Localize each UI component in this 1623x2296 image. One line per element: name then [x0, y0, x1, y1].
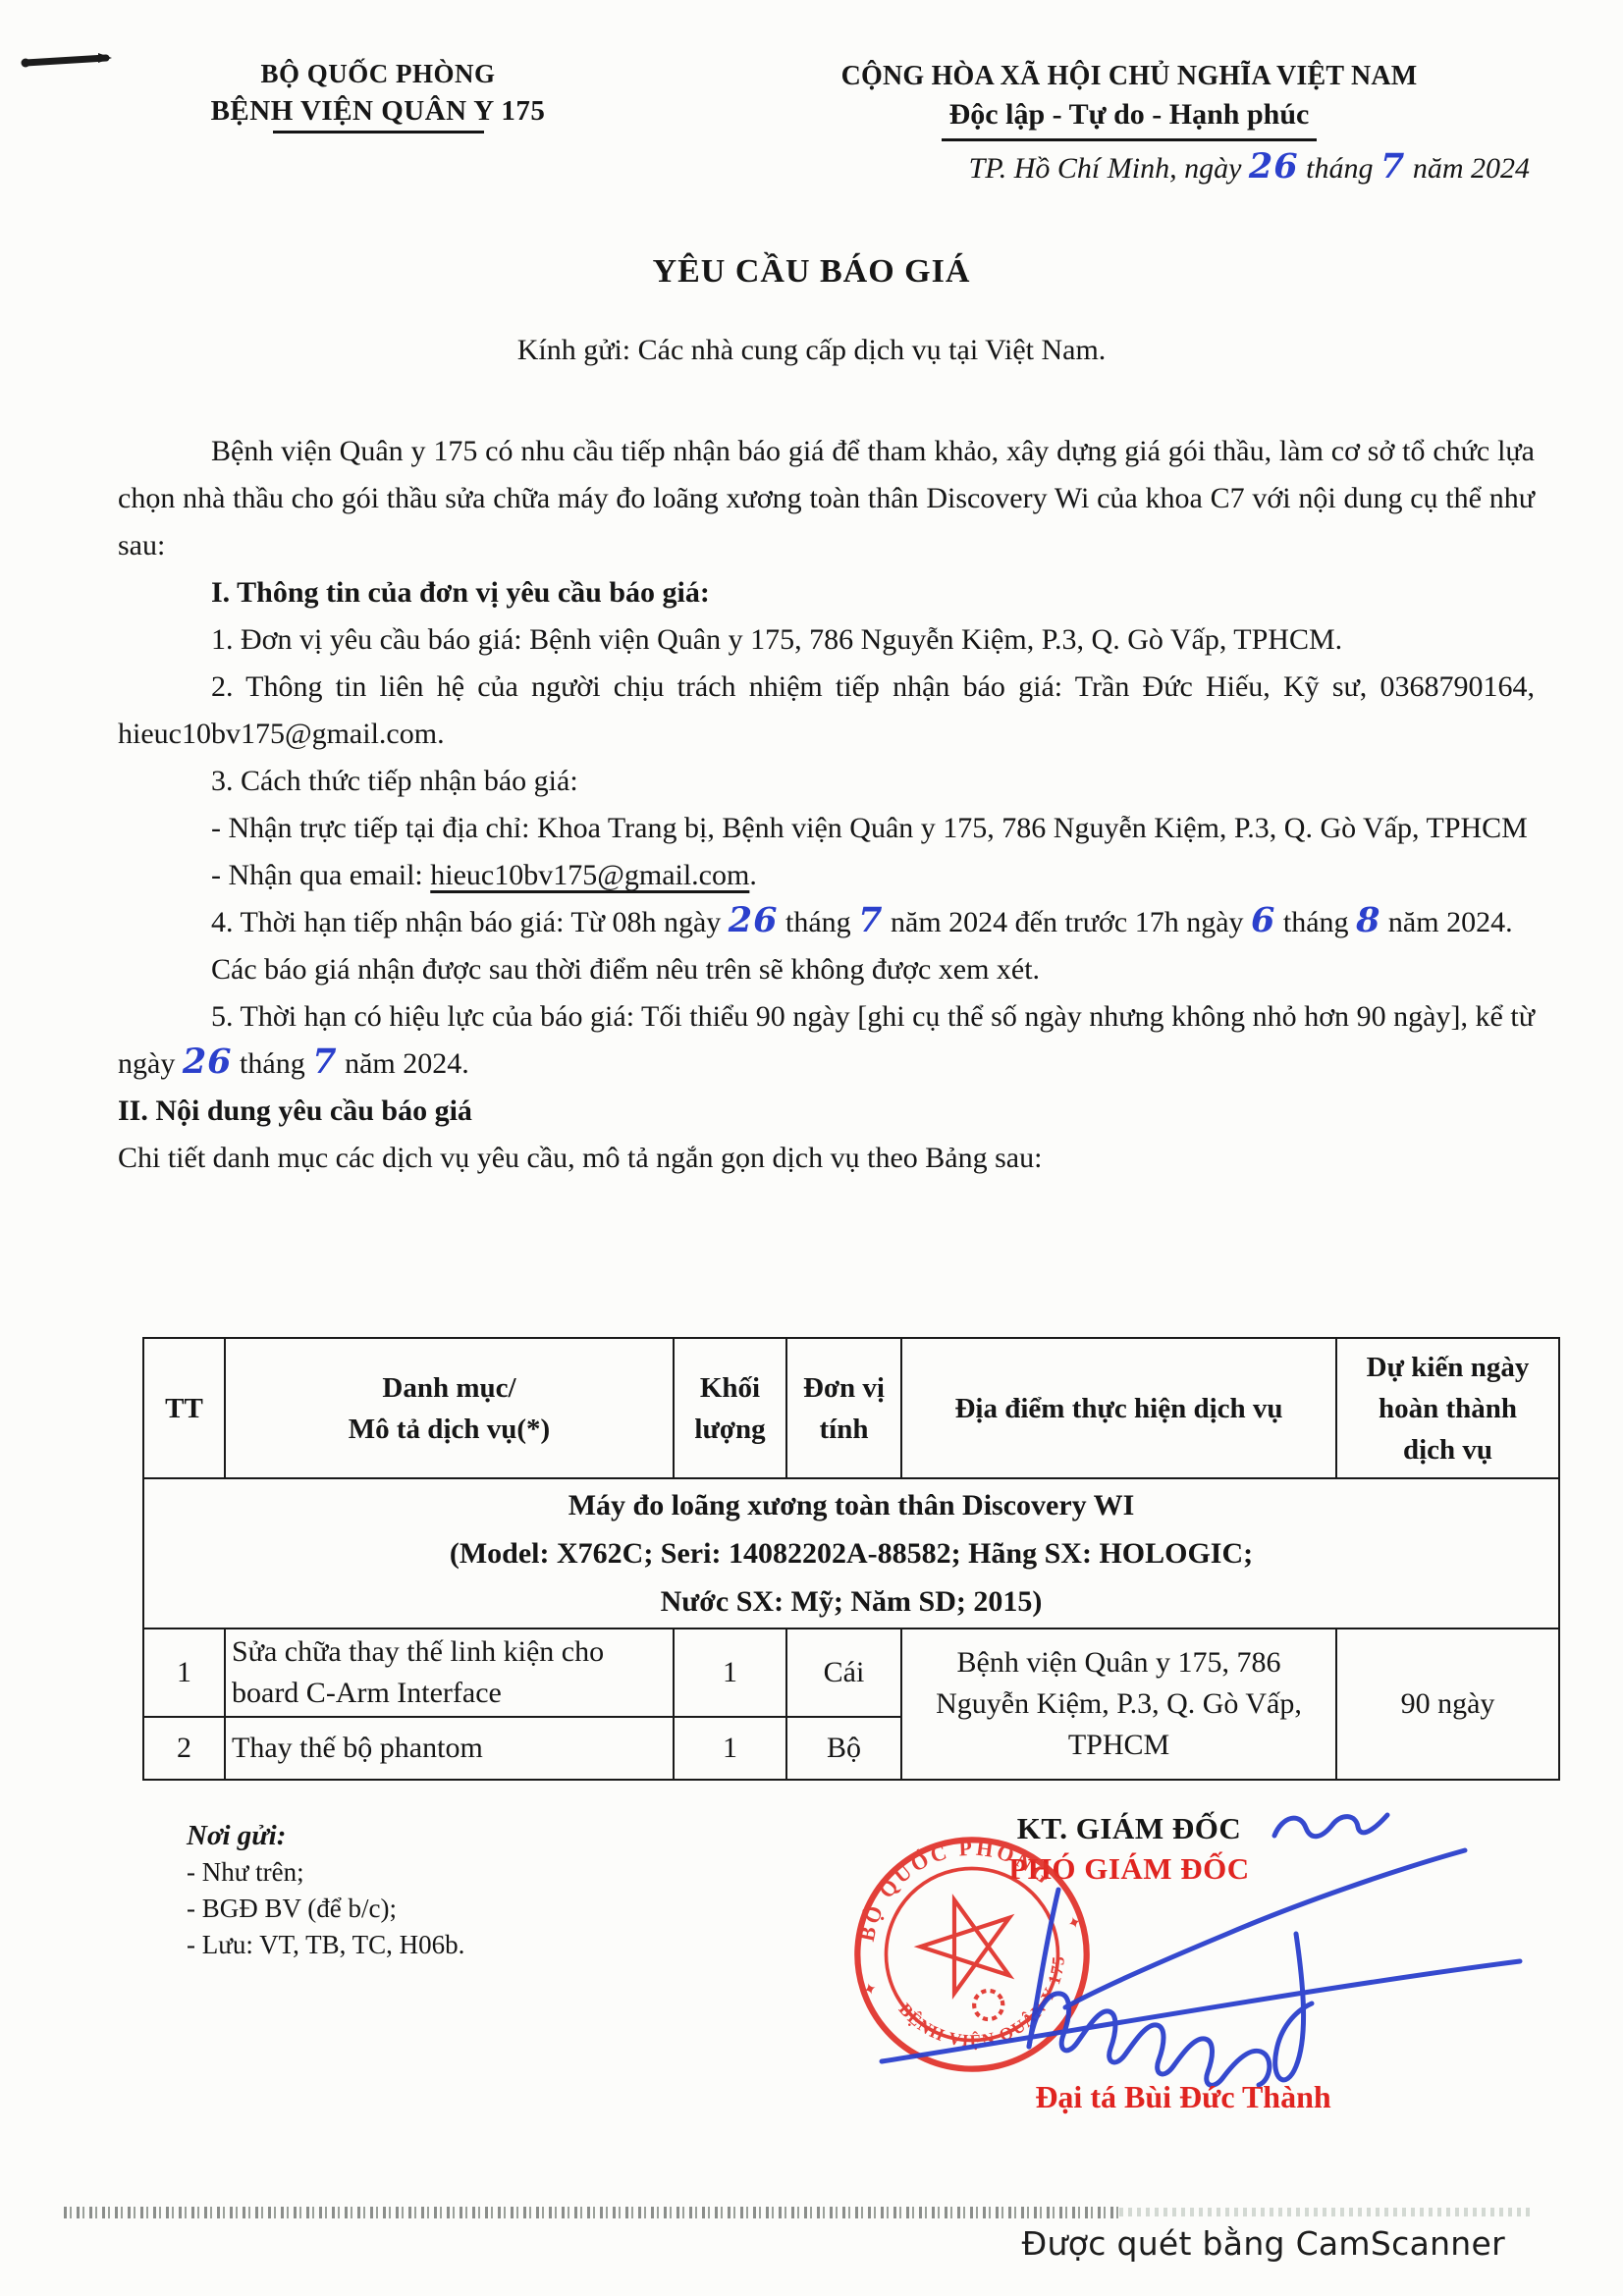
text-run: 1. Đơn vị yêu cầu báo giá: Bệnh viện Quâ… — [211, 623, 1342, 656]
paragraph: Các báo giá nhận được sau thời điểm nêu … — [118, 946, 1535, 993]
text-run: tháng — [233, 1047, 313, 1080]
handwritten-digit: 7 — [858, 900, 883, 940]
col-header-don-vi: Đơn vị tính — [786, 1338, 901, 1478]
text-run: 2. Thông tin liên hệ của người chịu trác… — [118, 670, 1535, 750]
col-header-tt: TT — [143, 1338, 225, 1478]
text-run: tháng — [778, 906, 858, 938]
paragraph: 4. Thời hạn tiếp nhận báo giá: Từ 08h ng… — [118, 899, 1535, 946]
header-issuer: BỘ QUỐC PHÒNG BỆNH VIỆN QUÂN Y 175 — [147, 59, 609, 133]
paragraph: - Nhận qua email: hieuc10bv175@gmail.com… — [118, 852, 1535, 899]
text-run: I. Thông tin của đơn vị yêu cầu báo giá: — [211, 576, 710, 609]
row1-quantity: 1 — [674, 1629, 786, 1717]
handwritten-digit: 26 — [729, 900, 779, 940]
document-title: YÊU CẦU BÁO GIÁ — [0, 253, 1623, 291]
underlined-email: hieuc10bv175@gmail.com — [430, 859, 749, 891]
text-run: Bệnh viện Quân y 175 có nhu cầu tiếp nhậ… — [118, 435, 1535, 561]
text-run: Chi tiết danh mục các dịch vụ yêu cầu, m… — [118, 1142, 1042, 1174]
issuer-underline — [273, 131, 484, 133]
text-run: . — [749, 859, 757, 891]
paragraph: II. Nội dung yêu cầu báo giá — [118, 1088, 1535, 1135]
handwritten-digit: 7 — [312, 1041, 337, 1082]
issuer-ministry: BỘ QUỐC PHÒNG — [147, 59, 609, 89]
scan-noise-band-right — [1119, 2208, 1532, 2216]
device-description: Máy đo loãng xương toàn thân Discovery W… — [143, 1478, 1559, 1629]
recipients-list: - Như trên;- BGĐ BV (để b/c);- Lưu: VT, … — [187, 1854, 464, 1963]
col-header-khoi-luong: Khối lượng — [674, 1338, 786, 1478]
recipient-item: - Như trên; — [187, 1854, 464, 1891]
text-run: - Nhận trực tiếp tại địa chỉ: Khoa Trang… — [211, 812, 1528, 844]
row1-index: 1 — [143, 1629, 225, 1717]
national-motto-line2: Độc lập - Tự do - Hạnh phúc — [942, 98, 1318, 141]
col-header-dia-diem: Địa điểm thực hiện dịch vụ — [901, 1338, 1336, 1478]
paragraph: 1. Đơn vị yêu cầu báo giá: Bệnh viện Quâ… — [118, 616, 1535, 664]
service-duration: 90 ngày — [1336, 1629, 1559, 1780]
body-paragraphs: Bệnh viện Quân y 175 có nhu cầu tiếp nhậ… — [118, 428, 1535, 1182]
handwritten-digit: 7 — [1380, 146, 1405, 187]
services-table: TT Danh mục/ Mô tả dịch vụ(*) Khối lượng… — [142, 1337, 1560, 1781]
text-run: - Nhận qua email: — [211, 859, 430, 891]
text-run: tháng — [1299, 152, 1380, 185]
row2-service: Thay thế bộ phantom — [225, 1717, 674, 1780]
header-national: CỘNG HÒA XÃ HỘI CHỦ NGHĨA VIỆT NAM Độc l… — [707, 61, 1551, 186]
recipients-block: Nơi gửi: - Như trên;- BGĐ BV (để b/c);- … — [187, 1818, 464, 1963]
pen-mark — [12, 41, 130, 80]
device-row: Máy đo loãng xương toàn thân Discovery W… — [143, 1478, 1559, 1629]
text-run: Các báo giá nhận được sau thời điểm nêu … — [211, 953, 1040, 986]
service-location: Bệnh viện Quân y 175, 786 Nguyễn Kiệm, P… — [901, 1629, 1336, 1780]
col-header-danh-muc: Danh mục/ Mô tả dịch vụ(*) — [225, 1338, 674, 1478]
camscanner-watermark: Được quét bằng CamScanner — [1022, 2224, 1505, 2263]
recipients-title: Nơi gửi: — [187, 1818, 464, 1854]
paragraph: Chi tiết danh mục các dịch vụ yêu cầu, m… — [118, 1135, 1535, 1182]
table-row: 1 Sửa chữa thay thế linh kiện cho board … — [143, 1629, 1559, 1717]
row2-index: 2 — [143, 1717, 225, 1780]
handwritten-digit: 26 — [1249, 146, 1299, 187]
salutation: Kính gửi: Các nhà cung cấp dịch vụ tại V… — [0, 334, 1623, 367]
text-run: II. Nội dung yêu cầu báo giá — [118, 1095, 472, 1127]
national-motto-line1: CỘNG HÒA XÃ HỘI CHỦ NGHĨA VIỆT NAM — [707, 61, 1551, 92]
col-header-du-kien: Dự kiến ngày hoàn thành dịch vụ — [1336, 1338, 1559, 1478]
text-run: 4. Thời hạn tiếp nhận báo giá: Từ 08h ng… — [211, 906, 729, 938]
text-run: 3. Cách thức tiếp nhận báo giá: — [211, 765, 578, 797]
signer-name: Đại tá Bùi Đức Thành — [918, 2079, 1448, 2115]
text-run: tháng — [1275, 906, 1356, 938]
paragraph: Bệnh viện Quân y 175 có nhu cầu tiếp nhậ… — [118, 428, 1535, 569]
handwritten-signature — [844, 1796, 1532, 2101]
row1-unit: Cái — [786, 1629, 901, 1717]
recipient-item: - BGĐ BV (để b/c); — [187, 1891, 464, 1927]
paragraph: 5. Thời hạn có hiệu lực của báo giá: Tối… — [118, 993, 1535, 1088]
text-run: TP. Hồ Chí Minh, ngày — [969, 152, 1249, 185]
paragraph: - Nhận trực tiếp tại địa chỉ: Khoa Trang… — [118, 805, 1535, 852]
row2-quantity: 1 — [674, 1717, 786, 1780]
place-date-line: TP. Hồ Chí Minh, ngày 26 tháng 7 năm 202… — [707, 149, 1551, 186]
text-run: năm 2024. — [1380, 906, 1512, 938]
handwritten-digit: 8 — [1356, 900, 1380, 940]
row1-service: Sửa chữa thay thế linh kiện cho board C-… — [225, 1629, 674, 1717]
row2-unit: Bộ — [786, 1717, 901, 1780]
paragraph: I. Thông tin của đơn vị yêu cầu báo giá: — [118, 569, 1535, 616]
text-run: năm 2024. — [338, 1047, 469, 1080]
handwritten-digit: 6 — [1251, 900, 1275, 940]
handwritten-digit: 26 — [183, 1041, 233, 1082]
scanned-document-page: BỘ QUỐC PHÒNG BỆNH VIỆN QUÂN Y 175 CỘNG … — [0, 0, 1623, 2296]
text-run: năm 2024 — [1405, 152, 1530, 185]
issuer-hospital: BỆNH VIỆN QUÂN Y 175 — [147, 95, 609, 128]
scan-noise-band — [64, 2207, 1119, 2218]
paragraph: 3. Cách thức tiếp nhận báo giá: — [118, 758, 1535, 805]
paragraph: 2. Thông tin liên hệ của người chịu trác… — [118, 664, 1535, 758]
recipient-item: - Lưu: VT, TB, TC, H06b. — [187, 1927, 464, 1963]
text-run: năm 2024 đến trước 17h ngày — [884, 906, 1252, 938]
table-header-row: TT Danh mục/ Mô tả dịch vụ(*) Khối lượng… — [143, 1338, 1559, 1478]
